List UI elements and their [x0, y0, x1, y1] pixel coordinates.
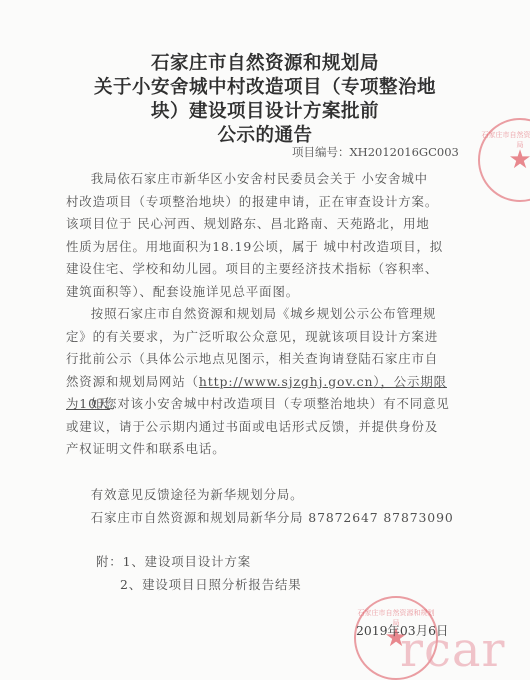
text-line: 性质为居住。用地面积为18.19公顷，属于 城中村改造项目，拟 — [66, 236, 476, 259]
text-line: 有效意见反馈途径为新华规划分局。 — [66, 484, 476, 507]
official-seal-top: 石家庄市自然资源和规划局 ★ — [478, 118, 530, 202]
star-icon: ★ — [508, 147, 530, 173]
text-line: 按照石家庄市自然资源和规划局《城乡规划公示公布管理规 — [66, 303, 476, 326]
paragraph-application: 我局依石家庄市新华区小安舍村民委员会关于 小安舍城中 村改造项目（专项整治地块）… — [66, 168, 476, 303]
text-line: 村改造项目（专项整治地块）的报建申请，正在审查设计方案。 — [66, 191, 476, 214]
attachment-1: 附：1、建设项目设计方案 — [96, 552, 251, 570]
watermark: rcar — [400, 622, 505, 678]
contact-phones: 石家庄市自然资源和规划局新华分局 87872647 87873090 — [66, 507, 476, 530]
text-line: 如您对该小安舍城中村改造项目（专项整治地块）有不同意见 — [66, 393, 476, 416]
paragraph-feedback-channel: 有效意见反馈途径为新华规划分局。 — [66, 484, 476, 507]
text-line: 然资源和规划局网站（http://www.sjzghj.gov.cn），公示期限 — [66, 371, 476, 394]
text-line: 我局依石家庄市新华区小安舍村民委员会关于 小安舍城中 — [66, 168, 476, 191]
text-segment: 然资源和规划局网站（ — [66, 374, 199, 389]
title-line-1: 石家庄市自然资源和规划局 — [0, 52, 530, 76]
text-line: 定》的有关要求，为广泛听取公众意见，现就该项目设计方案进 — [66, 326, 476, 349]
text-line: 行批前公示（具体公示地点见图示，相关查询请登陆石家庄市自 — [66, 348, 476, 371]
project-number: 项目编号：XH2012016GC003 — [292, 144, 459, 160]
attachment-2: 2、建设项目日照分析报告结果 — [120, 575, 302, 593]
paragraph-feedback: 如您对该小安舍城中村改造项目（专项整治地块）有不同意见 或建议，请于公示期内通过… — [66, 393, 476, 461]
text-line: 产权证明文件和联系电话。 — [66, 438, 476, 461]
contact-line: 石家庄市自然资源和规划局新华分局 87872647 87873090 — [66, 507, 476, 530]
text-segment: ），公示期限 — [373, 374, 447, 389]
website-link[interactable]: http://www.sjzghj.gov.cn — [199, 374, 373, 389]
document-title: 石家庄市自然资源和规划局 关于小安舍城中村改造项目（专项整治地 块）建设项目设计… — [0, 52, 530, 148]
title-line-2: 关于小安舍城中村改造项目（专项整治地 — [0, 76, 530, 100]
title-line-3: 块）建设项目设计方案批前 — [0, 100, 530, 124]
text-line: 或建议，请于公示期内通过书面或电话形式反馈，并提供身份及 — [66, 416, 476, 439]
text-line: 建筑面积等）、配套设施详见总平面图。 — [66, 281, 476, 304]
text-line: 建设住宅、学校和幼儿园。项目的主要经济技术指标（容积率、 — [66, 258, 476, 281]
text-line: 该项目位于 民心河西、规划路东、昌北路南、天苑路北，用地 — [66, 213, 476, 236]
notice-document: 石家庄市自然资源和规划局 关于小安舍城中村改造项目（专项整治地 块）建设项目设计… — [0, 0, 530, 680]
